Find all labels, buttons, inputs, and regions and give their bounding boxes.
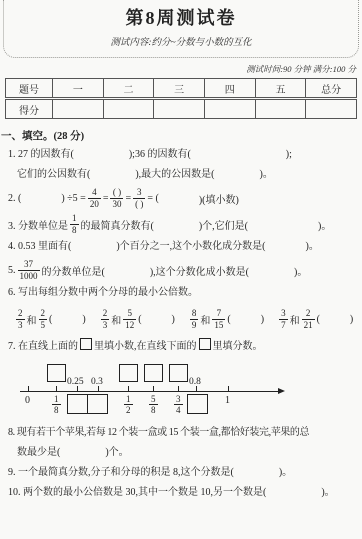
question-10: 10. 两个数的最小公倍数是 30,其中一个数是 10,另一个数是()。 (8, 483, 362, 503)
fraction-numerator: 7 (212, 308, 225, 319)
question-8-line-2: 数最少是()个。 (17, 443, 362, 463)
q3-text: )。 (318, 217, 331, 232)
fraction-numerator: ( ) (110, 187, 123, 198)
q6-text: ( (138, 314, 141, 325)
fraction-numerator: 5 (149, 394, 158, 405)
fraction: 12 (124, 394, 133, 416)
fraction-pair: 37 和 221 () (277, 308, 353, 330)
q7-text: 里填分数。 (213, 341, 263, 352)
fraction: 18 (70, 213, 79, 235)
fraction-numerator: 2 (16, 308, 25, 319)
fraction-numerator: 37 (18, 259, 40, 270)
fraction: 18 (52, 394, 61, 416)
q2-text: ) ÷5 = (61, 193, 85, 204)
score-cell-empty (154, 99, 205, 119)
fraction-pair: 23 和 512 () (99, 308, 175, 330)
test-paper-page: 第8周测试卷 测试内容:约分~分数与小数的互化 测试时间:90 分钟 满分:10… (0, 0, 362, 539)
fraction-numerator: 4 (88, 187, 101, 198)
fraction-numerator: 3 (133, 187, 145, 198)
fraction-denominator: 8 (70, 225, 79, 235)
question-4: 4. 0.53 里面有()个百分之一,这个小数化成分数是()。 (8, 237, 362, 257)
answer-box (47, 364, 66, 382)
q4-text: )个百分之一,这个小数化成分数是( (116, 241, 265, 252)
q8-text: )个。 (105, 447, 128, 458)
question-6-intro: 6. 写出每组分数中两个分母的最小公倍数。 (8, 283, 362, 303)
fraction-numerator: 1 (52, 394, 61, 405)
fraction-denominator: 7 (279, 320, 288, 330)
score-table-header-cell: 三 (154, 79, 205, 99)
fraction-denominator: 8 (149, 405, 158, 415)
q9-text: )。 (279, 467, 292, 478)
fraction: 221 (302, 308, 315, 330)
number-line: 0.25 0.3 0.8 0 18 12 58 34 1 (20, 361, 362, 421)
answer-box (187, 394, 208, 414)
score-cell-empty (306, 99, 357, 119)
score-cell-empty (255, 99, 306, 119)
q1-text: 1. 27 的因数有( (8, 149, 74, 160)
q5-text: 的分数单位是( (42, 263, 105, 278)
fraction-numerator: 1 (124, 394, 133, 405)
tick (128, 386, 129, 392)
q2-text: = ( (147, 193, 158, 204)
q2-text: )(填小数) (199, 191, 239, 206)
question-9: 9. 一个最简真分数,分子和分母的积是 8,这个分数是()。 (8, 463, 362, 483)
q6-text: 和 (111, 312, 121, 327)
tick (56, 386, 57, 392)
q6-text: 6. 写出每组分数中两个分母的最小公倍数。 (8, 287, 198, 298)
q3-text: 3. 分数单位是 (8, 217, 68, 232)
score-table-header-row: 题号 一 二 三 四 五 总分 (6, 79, 357, 99)
q7-text: 里填小数,在直线下面的 (94, 341, 197, 352)
section-heading: 一、填空。(28 分) (1, 128, 362, 143)
page-title: 第8周测试卷 (4, 4, 358, 30)
fraction: 89 (190, 308, 199, 330)
q6-text: ) (350, 314, 353, 325)
fraction-denominator: 21 (302, 320, 315, 330)
fraction-numerator: 2 (101, 308, 110, 319)
fraction-denominator: 15 (212, 320, 225, 330)
q4-text: )。 (306, 241, 319, 252)
number-line-axis (20, 391, 282, 392)
q2-text: 2. ( (8, 193, 21, 204)
question-6-pairs: 23 和 25 () 23 和 512 () 89 和 715 () 37 和 … (14, 305, 362, 333)
fraction-blank-numerator: ( )30 (110, 187, 123, 209)
q4-text: 4. 0.53 里面有( (8, 241, 71, 252)
score-table-header-cell: 五 (255, 79, 306, 99)
fraction-numerator: 8 (190, 308, 199, 319)
q7-text: 7. 在直线上面的 (8, 341, 78, 352)
fraction-numerator: 1 (70, 213, 79, 224)
axis-label: 1 (225, 395, 230, 406)
fraction-denominator: 3 (101, 320, 110, 330)
q2-text: = (125, 193, 131, 204)
fraction-numerator: 3 (174, 394, 183, 405)
score-table-score-row: 得分 (6, 99, 357, 119)
fraction: 371000 (18, 259, 40, 281)
fraction: 715 (212, 308, 225, 330)
q10-text: 10. 两个数的最小公倍数是 30,其中一个数是 10,另一个数是( (8, 487, 266, 498)
fraction-denominator: 4 (174, 405, 183, 415)
fraction-denominator: 1000 (18, 271, 40, 281)
score-cell-empty (53, 99, 104, 119)
score-table-header-cell: 题号 (6, 79, 53, 99)
question-8-line-1: 8. 现有若干个苹果,若每 12 个装一盒或 15 个装一盒,都恰好装完,苹果的… (8, 423, 362, 443)
score-row-label: 得分 (6, 99, 53, 119)
fraction-denominator: ( ) (133, 199, 145, 209)
q1-text: );36 的因数有( (129, 149, 191, 160)
fraction-numerator: 3 (279, 308, 288, 319)
fraction: 58 (149, 394, 158, 416)
q1-text: 它们的公因数有( (17, 169, 90, 180)
question-1-line-2: 它们的公因数有(),最大的公因数是()。 (17, 165, 362, 185)
tick (153, 386, 154, 392)
q6-text: ) (261, 314, 264, 325)
fraction: 37 (279, 308, 288, 330)
question-3: 3. 分数单位是 18 的最简真分数有()个,它们是()。 (8, 211, 362, 237)
fraction: 25 (39, 308, 48, 330)
question-1-line-1: 1. 27 的因数有();36 的因数有(); (8, 145, 362, 165)
score-table-header-cell: 一 (53, 79, 104, 99)
fraction: 420 (88, 187, 101, 209)
q5-text: )。 (294, 263, 307, 278)
q6-text: 和 (27, 312, 37, 327)
fraction-denominator: 8 (52, 405, 61, 415)
q1-text: ),最大的公因数是( (135, 169, 214, 180)
q6-text: ) (82, 314, 85, 325)
q6-text: ( (49, 314, 52, 325)
fraction: 23 (16, 308, 25, 330)
fraction-denominator: 5 (39, 320, 48, 330)
q3-text: )个,它们是( (199, 217, 248, 232)
fraction-blank-denominator: 3( ) (133, 187, 145, 209)
q6-text: ( (317, 314, 320, 325)
q10-text: )。 (321, 487, 334, 498)
fraction-denominator: 12 (123, 320, 136, 330)
score-cell-empty (103, 99, 154, 119)
fraction-numerator: 2 (302, 308, 315, 319)
axis-label: 0.8 (189, 377, 201, 387)
tick (178, 386, 179, 392)
fraction: 34 (174, 394, 183, 416)
q2-text: = (103, 193, 109, 204)
q9-text: 9. 一个最简真分数,分子和分母的积是 8,这个分数是( (8, 467, 234, 478)
axis-label: 0.3 (91, 377, 103, 387)
q6-text: 和 (200, 312, 210, 327)
question-7: 7. 在直线上面的里填小数,在直线下面的里填分数。 (8, 337, 362, 357)
q8-text: 8. 现有若干个苹果,若每 12 个装一盒或 15 个装一盒,都恰好装完,苹果的… (8, 427, 309, 438)
fraction-pair: 89 和 715 () (188, 308, 264, 330)
answer-box (169, 364, 188, 382)
score-table: 题号 一 二 三 四 五 总分 得分 (5, 78, 357, 119)
score-cell-empty (204, 99, 255, 119)
q6-text: ) (172, 314, 175, 325)
score-table-header-cell: 二 (103, 79, 154, 99)
fraction-numerator: 5 (123, 308, 136, 319)
test-meta: 测试时间:90 分钟 满分:100 分 (0, 63, 356, 75)
question-5: 5. 371000 的分数单位是(),这个分数化成小数是()。 (8, 257, 362, 283)
axis-label: 0.25 (67, 377, 84, 387)
q5-text: 5. (8, 265, 16, 276)
fraction-denominator: 30 (110, 199, 123, 209)
fraction: 512 (123, 308, 136, 330)
fraction-denominator: 3 (16, 320, 25, 330)
fraction-numerator: 2 (39, 308, 48, 319)
q8-text: 数最少是( (17, 447, 60, 458)
score-table-header-cell: 总分 (306, 79, 357, 99)
q5-text: ),这个分数化成小数是( (150, 263, 249, 278)
fraction: 23 (101, 308, 110, 330)
score-table-header-cell: 四 (204, 79, 255, 99)
q3-text: 的最简真分数有( (81, 217, 154, 232)
answer-box (119, 364, 138, 382)
q6-text: 和 (290, 312, 300, 327)
q1-text: ); (286, 149, 292, 160)
q6-text: ( (227, 314, 230, 325)
fraction-denominator: 2 (124, 405, 133, 415)
tick (228, 386, 229, 392)
fraction-denominator: 9 (190, 320, 199, 330)
answer-box (144, 364, 163, 382)
answer-box (67, 394, 88, 414)
arrow-right-icon (278, 388, 285, 394)
blank-box-icon (199, 338, 211, 350)
blank-box-icon (80, 338, 92, 350)
q1-text: )。 (260, 169, 273, 180)
question-2: 2. () ÷5 = 420 = ( )30 = 3( ) = ()(填小数) (8, 185, 362, 211)
page-subtitle: 测试内容:约分~分数与小数的互化 (4, 34, 358, 48)
axis-label: 0 (25, 395, 30, 406)
fraction-denominator: 20 (88, 199, 101, 209)
answer-box (87, 394, 108, 414)
fraction-pair: 23 和 25 () (14, 308, 86, 330)
header-box: 第8周测试卷 测试内容:约分~分数与小数的互化 (3, 0, 359, 58)
tick (28, 386, 29, 392)
